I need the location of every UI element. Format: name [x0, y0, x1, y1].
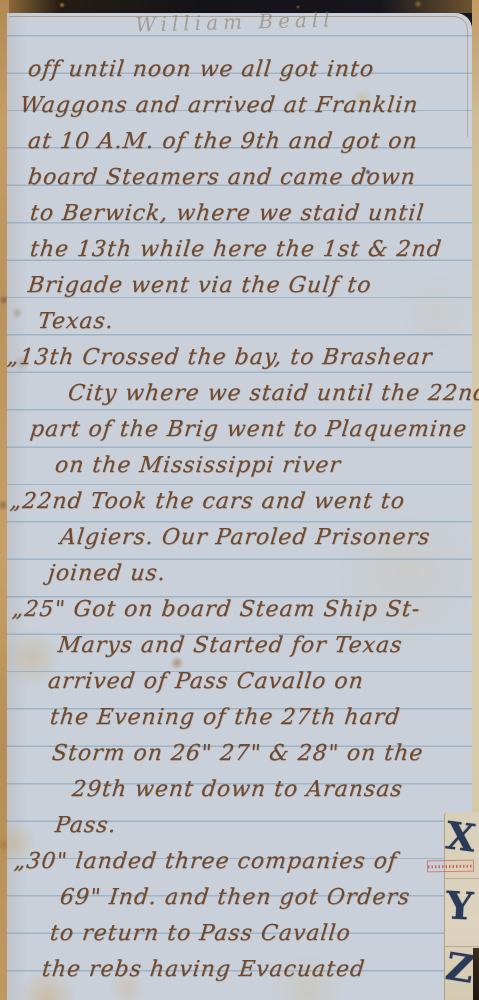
handwriting-line: Texas.	[5, 304, 474, 340]
handwriting-line: City where we staid until the 22nd	[5, 376, 474, 412]
handwriting-line: Brigade went via the Gulf to	[5, 268, 474, 304]
handwriting-line: Algiers. Our Paroled Prisoners	[5, 520, 474, 556]
handwriting-line: part of the Brig went to Plaquemine	[5, 412, 474, 448]
handwriting-line: Pass.	[5, 808, 474, 844]
handwriting-line: the 13th while here the 1st & 2nd	[5, 232, 474, 268]
handwriting-line: joined us.	[5, 556, 474, 592]
handwriting-line: „22nd Took the cars and went to	[5, 484, 474, 520]
handwriting-line: Storm on 26" 27" & 28" on the	[5, 736, 474, 772]
handwriting-line: the Evening of the 27th hard	[5, 700, 474, 736]
handwriting-line: arrived of Pass Cavallo on	[5, 664, 474, 700]
handwriting-line: „13th Crossed the bay, to Brashear	[5, 340, 474, 376]
index-tab-z-label: Z	[443, 947, 476, 989]
handwriting-line: Waggons and arrived at Franklin	[5, 88, 474, 124]
handwriting-line: on the Mississippi river	[5, 448, 474, 484]
handwriting-line: „25" Got on board Steam Ship St-	[5, 592, 474, 628]
handwriting-line: board Steamers and came down	[5, 160, 474, 196]
handwriting-line: to Berwick, where we staid until	[5, 196, 474, 232]
document-photo: William Beall off until noon we all got …	[0, 0, 479, 1000]
handwriting-line: at 10 A.M. of the 9th and got on	[5, 124, 474, 160]
diary-lines: off until noon we all got intoWaggons an…	[7, 52, 472, 988]
index-tab-y-label: Y	[445, 886, 474, 925]
handwriting-line: 69" Ind. and then got Orders	[5, 880, 474, 916]
handwriting-line: 29th went down to Aransas	[5, 772, 474, 808]
handwriting-line: Marys and Started for Texas	[5, 628, 474, 664]
index-tab-y: Y	[445, 879, 479, 947]
handwriting-line: to return to Pass Cavallo	[5, 916, 474, 952]
handwriting-line: „30" landed three companies of	[5, 844, 474, 880]
index-tab-x-label: X	[444, 816, 478, 857]
cover-corner	[473, 948, 479, 1000]
handwriting-line: the rebs having Evacuated	[5, 952, 474, 988]
diary-page: William Beall off until noon we all got …	[7, 13, 472, 1000]
red-stamp	[427, 860, 474, 873]
handwriting-line: off until noon we all got into	[5, 52, 474, 88]
